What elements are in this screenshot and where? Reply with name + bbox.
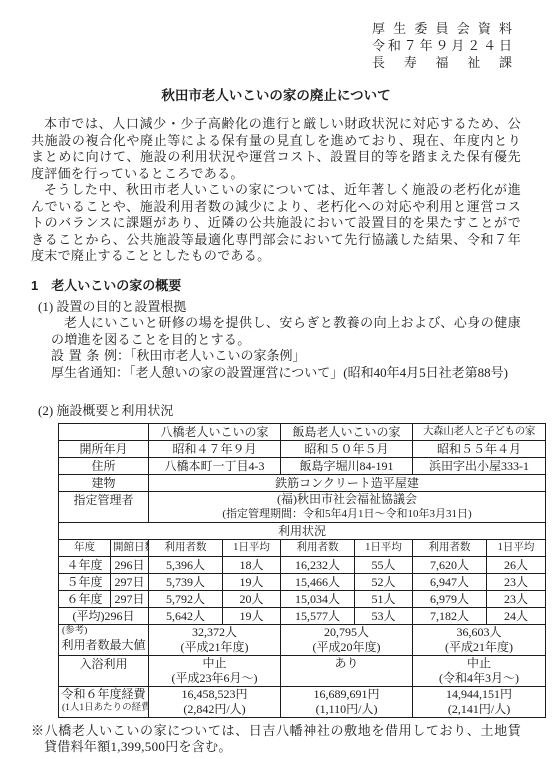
daily-avg-cell: 55人 <box>355 556 413 573</box>
table-cell: あり <box>281 655 413 686</box>
facility-table: 八橋老人いこいの家 飯島老人いこいの家 大森山老人と子どもの家 開所年月 昭和４… <box>58 423 546 718</box>
table-cell: 昭和４７年９月 <box>149 440 281 457</box>
bath-since: (令和4年3月～) <box>415 671 543 686</box>
usage-row-r6: ６年度 297日 5,792人 20人 15,034人 51人 6,979人 2… <box>59 590 546 607</box>
header-committee: 厚生委員会資料 <box>372 20 512 37</box>
table-cell: 中止 (令和4年3月～) <box>413 655 546 686</box>
manager-name: (福)秋田市社会福祉協議会 <box>151 492 543 507</box>
daily-avg-cell: 19人 <box>223 573 281 590</box>
col-header: 利用者数 <box>281 539 355 556</box>
max-users-value: 32,372人 <box>151 625 278 640</box>
row-label: 開所年月 <box>59 440 149 457</box>
table-cell: 中止 (平成23年6月～) <box>149 655 281 686</box>
cost-per-person: (1,110円/人) <box>283 702 410 717</box>
users-cell: 5,739人 <box>149 573 223 590</box>
cost-label: 令和６年度経費 <box>61 687 146 702</box>
bath-status: あり <box>283 656 410 671</box>
open-date-row: 開所年月 昭和４７年９月 昭和５０年５月 昭和５５年４月 <box>59 440 546 457</box>
max-users-label-ref: (参考) <box>61 625 146 638</box>
col-header: 利用者数 <box>149 539 223 556</box>
users-cell: 5,396人 <box>149 556 223 573</box>
intro-text: 本市では、人口減少・少子高齢化の進行と厳しい財政状況に対応するため、公共施設の複… <box>31 116 521 265</box>
daily-avg-cell: 51人 <box>355 590 413 607</box>
facility-header-row: 八橋老人いこいの家 飯島老人いこいの家 大森山老人と子どもの家 <box>59 423 546 440</box>
daily-avg-cell: 23人 <box>487 590 546 607</box>
col-header: 1日平均 <box>355 539 413 556</box>
row-label: 入浴利用 <box>59 655 149 686</box>
col-header: 1日平均 <box>223 539 281 556</box>
usage-row-r4: ４年度 296日 5,396人 18人 16,232人 55人 7,620人 2… <box>59 556 546 573</box>
table-cell: (福)秋田市社会福祉協議会 (指定管理期間：令和5年4月1日～令和10年3月31… <box>149 491 546 522</box>
cost-value: 14,944,151円 <box>415 687 543 702</box>
users-cell: 5,792人 <box>149 590 223 607</box>
users-cell: 15,034人 <box>281 590 355 607</box>
col-header: 年度 <box>59 539 111 556</box>
table-cell: 鉄筋コンクリート造平屋建 <box>149 474 546 491</box>
item-1-body: 老人にいこいと研修の場を提供し、安らぎと教養の向上および、心身の健康の増進を図る… <box>51 315 521 348</box>
notice-line: 厚生省通知：「老人憩いの家の設置運営について」(昭和40年4月5日社老第88号) <box>51 365 552 382</box>
manager-period: (指定管理期間：令和5年4月1日～令和10年3月31日) <box>151 507 543 522</box>
daily-avg-cell: 26人 <box>487 556 546 573</box>
bath-status: 中止 <box>151 656 278 671</box>
cost-per-person: (2,842円/人) <box>151 702 278 717</box>
max-users-year: (平成21年度) <box>415 640 543 655</box>
ordinance-label: 設置条例 <box>51 348 117 365</box>
max-users-row: (参考) 利用者数最大値 32,372人 (平成21年度) 20,795人 (平… <box>59 624 546 655</box>
paragraph-2: そうした中、秋田市老人いこいの家については、近年著しく施設の老朽化が進んでいるこ… <box>31 182 521 265</box>
bath-row: 入浴利用 中止 (平成23年6月～) あり 中止 (令和4年3月～) <box>59 655 546 686</box>
table-cell: 16,689,691円 (1,110円/人) <box>281 686 413 717</box>
average-label: (平均)296日 <box>59 607 149 624</box>
users-cell: 16,232人 <box>281 556 355 573</box>
col-header: 開館日数 <box>111 539 149 556</box>
max-users-value: 20,795人 <box>283 625 410 640</box>
usage-subheader-row: 年度 開館日数 利用者数 1日平均 利用者数 1日平均 利用者数 1日平均 <box>59 539 546 556</box>
col-header: 利用者数 <box>413 539 487 556</box>
facility-name-omoriyama: 大森山老人と子どもの家 <box>413 423 546 440</box>
users-cell: 7,182人 <box>413 607 487 624</box>
users-cell: 7,620人 <box>413 556 487 573</box>
facility-name-iijima: 飯島老人いこいの家 <box>281 423 413 440</box>
days-cell: 296日 <box>111 556 149 573</box>
max-users-year: (平成21年度) <box>151 640 278 655</box>
usage-section-label: 利用状況 <box>59 522 546 539</box>
page-title: 秋田市老人いこいの家の廃止について <box>0 84 552 104</box>
table-cell: 16,458,523円 (2,842円/人) <box>149 686 281 717</box>
daily-avg-cell: 24人 <box>487 607 546 624</box>
bath-since: (平成23年6月～) <box>151 671 278 686</box>
year-label: ６年度 <box>59 590 111 607</box>
cost-row: 令和６年度経費 (1人1日あたりの経費 16,458,523円 (2,842円/… <box>59 686 546 717</box>
cost-per-person: (2,141円/人) <box>415 702 543 717</box>
table-cell: 八橋本町一丁目4-3 <box>149 457 281 474</box>
col-header: 1日平均 <box>487 539 546 556</box>
header-division: 長寿福祉課 <box>372 54 512 71</box>
max-users-value: 36,603人 <box>415 625 543 640</box>
users-cell: 5,642人 <box>149 607 223 624</box>
year-label: ５年度 <box>59 573 111 590</box>
row-label: 令和６年度経費 (1人1日あたりの経費 <box>59 686 149 717</box>
table-cell: 36,603人 (平成21年度) <box>413 624 546 655</box>
document-page: 厚生委員会資料 令和７年９月２４日 長寿福祉課 秋田市老人いこいの家の廃止につい… <box>0 0 552 759</box>
daily-avg-cell: 20人 <box>223 590 281 607</box>
bath-status: 中止 <box>415 656 543 671</box>
max-users-label: 利用者数最大値 <box>61 638 146 653</box>
header-date: 令和７年９月２４日 <box>372 37 512 54</box>
daily-avg-cell: 52人 <box>355 573 413 590</box>
table-cell: 14,944,151円 (2,141円/人) <box>413 686 546 717</box>
usage-section-row: 利用状況 <box>59 522 546 539</box>
max-users-year: (平成20年度) <box>283 640 410 655</box>
document-header-block: 厚生委員会資料 令和７年９月２４日 長寿福祉課 <box>372 20 512 71</box>
address-row: 住所 八橋本町一丁目4-3 飯島字堀川84-191 浜田字出小屋333-1 <box>59 457 546 474</box>
users-cell: 15,466人 <box>281 573 355 590</box>
row-label: 住所 <box>59 457 149 474</box>
row-label: (参考) 利用者数最大値 <box>59 624 149 655</box>
ordinance-text: ：「秋田市老人いこいの家条例」 <box>117 348 306 363</box>
users-cell: 6,947人 <box>413 573 487 590</box>
row-label: 建物 <box>59 474 149 491</box>
table-cell: 32,372人 (平成21年度) <box>149 624 281 655</box>
building-row: 建物 鉄筋コンクリート造平屋建 <box>59 474 546 491</box>
users-cell: 6,979人 <box>413 590 487 607</box>
daily-avg-cell: 19人 <box>223 607 281 624</box>
cost-value: 16,689,691円 <box>283 687 410 702</box>
corner-cell <box>59 423 149 440</box>
daily-avg-cell: 53人 <box>355 607 413 624</box>
table-cell: 昭和５５年４月 <box>413 440 546 457</box>
paragraph-1: 本市では、人口減少・少子高齢化の進行と厳しい財政状況に対応するため、公共施設の複… <box>31 116 521 182</box>
row-label: 指定管理者 <box>59 491 149 522</box>
usage-average-row: (平均)296日 5,642人 19人 15,577人 53人 7,182人 2… <box>59 607 546 624</box>
cost-sublabel: (1人1日あたりの経費 <box>61 702 146 715</box>
item-2-label: (2) 施設概要と利用状況 <box>38 403 552 420</box>
days-cell: 297日 <box>111 590 149 607</box>
footnote: ※八橋老人いこいの家については、日吉八幡神社の敷地を借用しており、土地賃貸借料年… <box>31 723 521 756</box>
daily-avg-cell: 23人 <box>487 573 546 590</box>
table-cell: 20,795人 (平成20年度) <box>281 624 413 655</box>
notice-label: 厚生省通知 <box>51 365 116 380</box>
table-cell: 浜田字出小屋333-1 <box>413 457 546 474</box>
daily-avg-cell: 18人 <box>223 556 281 573</box>
manager-row: 指定管理者 (福)秋田市社会福祉協議会 (指定管理期間：令和5年4月1日～令和1… <box>59 491 546 522</box>
table-cell: 飯島字堀川84-191 <box>281 457 413 474</box>
notice-text: ：「老人憩いの家の設置運営について」(昭和40年4月5日社老第88号) <box>116 365 508 380</box>
usage-row-r5: ５年度 297日 5,739人 19人 15,466人 52人 6,947人 2… <box>59 573 546 590</box>
year-label: ４年度 <box>59 556 111 573</box>
days-cell: 297日 <box>111 573 149 590</box>
facility-name-yabase: 八橋老人いこいの家 <box>149 423 281 440</box>
item-1-label: (1) 設置の目的と設置根拠 <box>38 299 552 316</box>
ordinance-line: 設置条例：「秋田市老人いこいの家条例」 <box>51 348 552 365</box>
users-cell: 15,577人 <box>281 607 355 624</box>
table-cell: 昭和５０年５月 <box>281 440 413 457</box>
section-1-heading: 1 老人いこいの家の概要 <box>31 275 552 294</box>
cost-value: 16,458,523円 <box>151 687 278 702</box>
